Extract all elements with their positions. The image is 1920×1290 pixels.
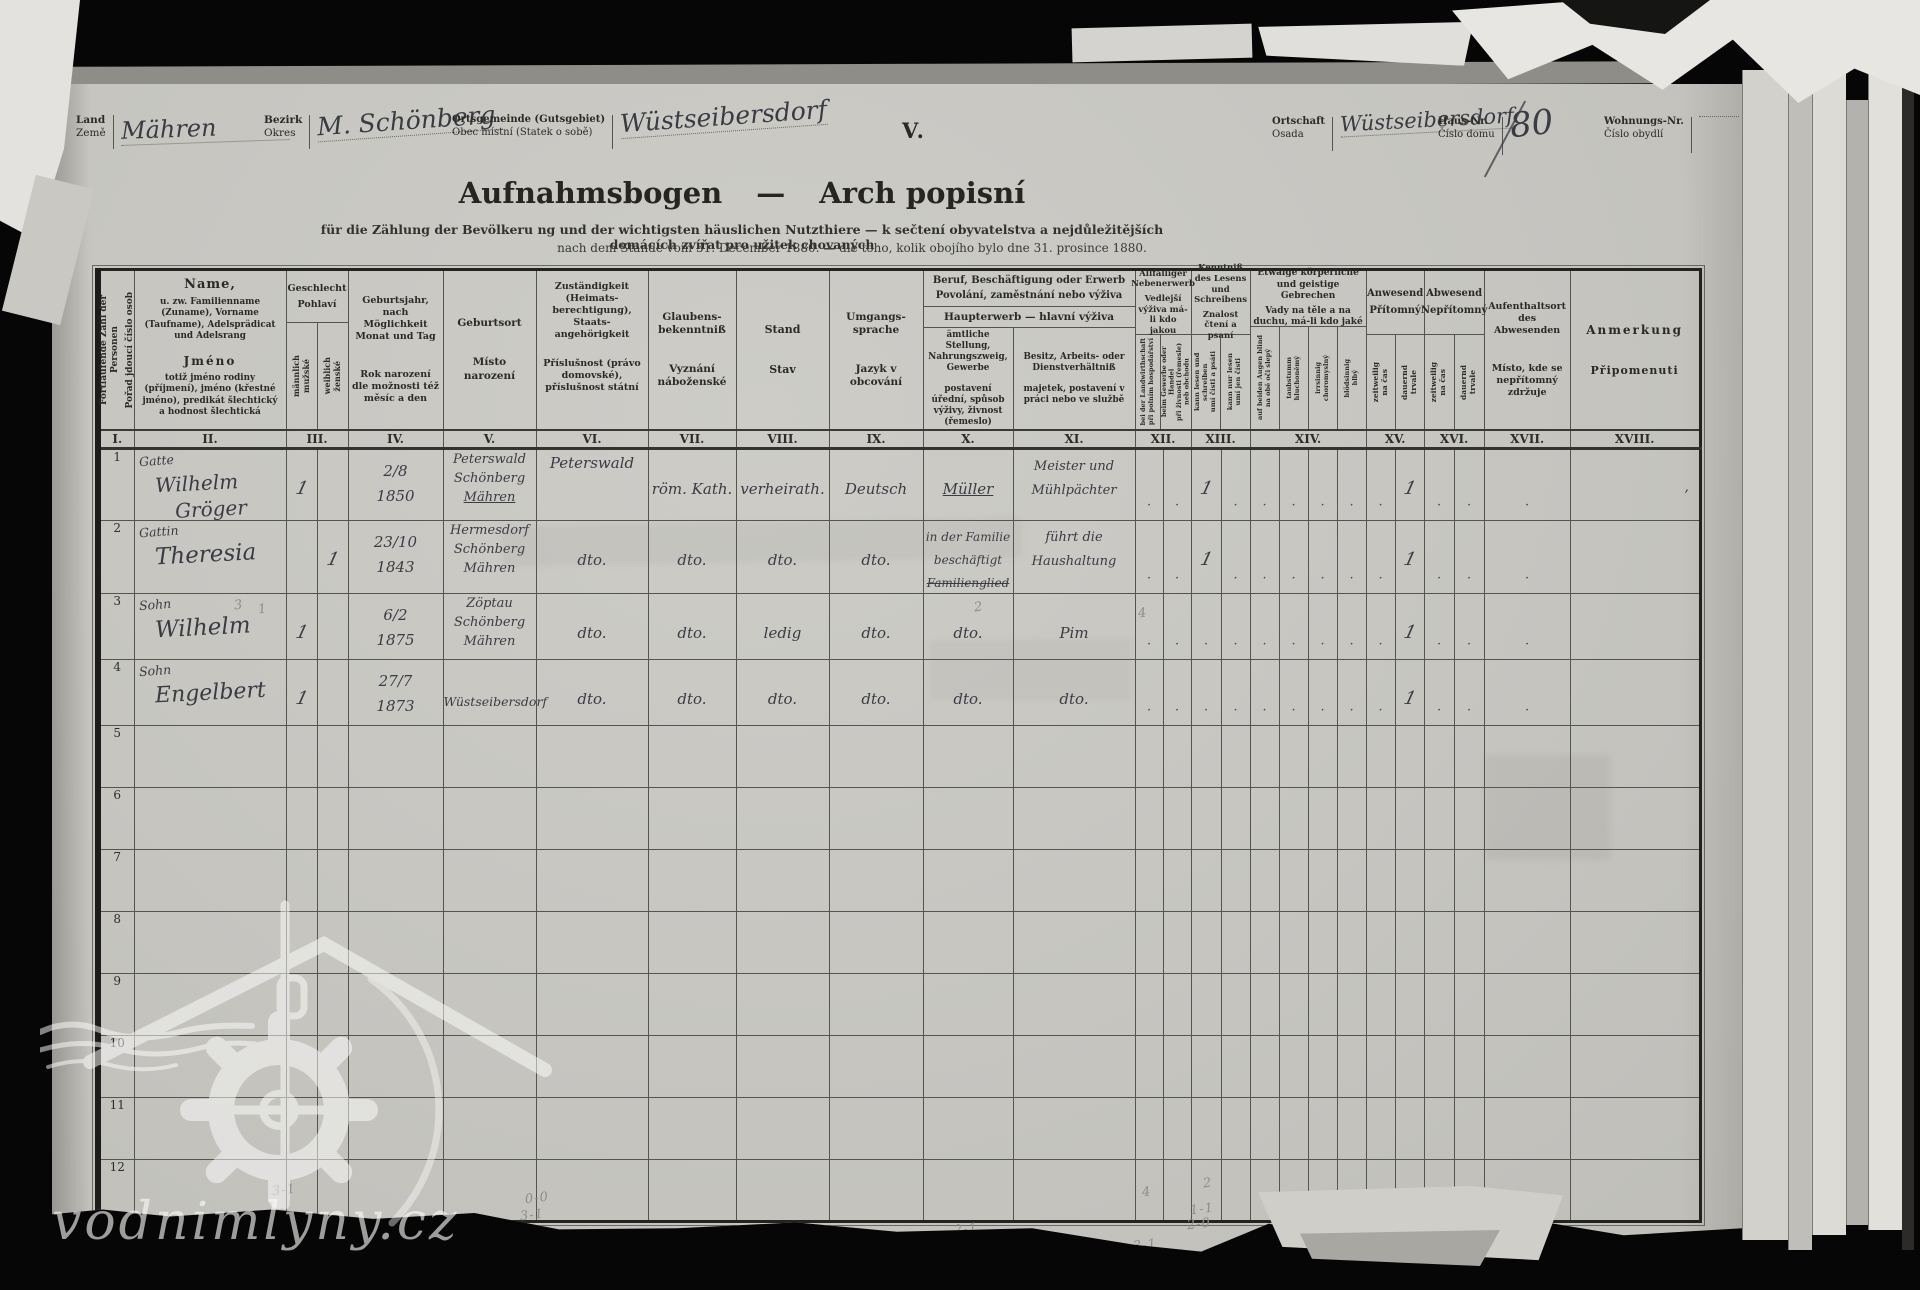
form-subtitle-2: nach dem Stande vom 31. December 1880. —… [472,241,1232,255]
col12-cz: Vedlejší výživa má-li kdo jakou [1138,294,1189,337]
birth-year: 1875 [349,631,443,649]
wohnungsnr-label-de: Wohnungs-Nr. [1604,116,1684,129]
col14-sub1-de: auf beiden Augen blind [1257,335,1264,420]
col14-de: Etwaige körperliche und geistige Gebrech… [1253,268,1364,302]
relation: Sohn [138,596,171,613]
occupation: dto. [924,624,1013,642]
table-row: 4 SohnEngelbert 1 27/71873 Wüstseibersdo… [98,659,1700,725]
col1-de: Fortlaufende Zahl der Personen [99,275,121,425]
col5-cz: Místo narození [447,356,533,382]
divider [1332,117,1333,151]
census-table: Fortlaufende Zahl der PersonenPořad jdou… [95,268,1702,1223]
numeral-row: I. II. III. IV. V. VI. VII. VIII. IX. X.… [98,430,1700,448]
stray-ink-mark: ’ [1684,488,1688,504]
page-edge [1788,90,1812,1250]
numeral-xii: XII. [1135,430,1191,448]
row-number: 3 [98,593,134,659]
pencil-mark: 0-0 [524,1190,550,1208]
birthplace: Schönberg [444,614,536,632]
col-header-aufenthaltsort: Aufenthaltsort des AbwesendenMísto, kde … [1484,270,1570,431]
title-dash: — [756,176,785,210]
col3-sub-male-cz: mužské [302,359,311,393]
numeral-xv: XV. [1366,430,1424,448]
row-number: 5 [98,725,134,787]
divider [309,115,310,149]
birth-day: 6/2 [349,606,443,624]
wohnungsnr-label-cz: Číslo obydlí [1604,129,1684,142]
beruf-group-cz: Povolání, zaměstnání nebo výživa [926,290,1133,303]
birth-day: 27/7 [349,672,443,690]
birthplace: Wüstseibersdorf [444,694,536,709]
torn-paper-scrap [1258,18,1474,66]
col14-sub3-cz: choromyslný [1323,355,1330,401]
position: Mühlpächter [1014,482,1135,501]
row-number: 1 [98,448,134,520]
pencil-mark: 4 [1137,605,1148,621]
col-header-zustaendigkeit: Zuständigkeit (Heimats-berechtigung), St… [536,270,648,431]
wohnungsnr-value [1699,116,1739,117]
col2-de: u. zw. Familienname (Zuname), Vorname (T… [139,297,282,343]
divider [1691,117,1692,153]
field-land: LandZemě Mähren [76,114,289,149]
birthplace: Schönberg [444,470,536,488]
col2-cz-title: Jméno [184,354,237,368]
col16-de: Abwesend [1426,288,1482,301]
birth-day: 23/10 [349,533,443,551]
col9-de: Umgangs-sprache [833,311,920,337]
relation: Sohn [138,662,171,679]
col18-de: Anmerkung [1586,323,1683,338]
numeral-ix: IX. [829,430,923,448]
col14-sub2-cz: hluchoněmý [1294,356,1301,400]
col14-cz: Vady na těle a na duchu, má-li kdo jaké [1253,306,1364,329]
surname: Gröger [174,493,286,523]
zustaendigkeit: dto. [537,690,648,708]
gemeinde-label-de: Ortsgemeinde (Gutsgebiet) [452,114,605,127]
col12-sub1-cz: při polním hospodářství [1148,338,1155,425]
col-header-language: Umgangs-spracheJazyk v obcování [829,270,923,431]
first-name: Wilhelm [154,466,286,497]
ink-bleed-smudge [1485,755,1610,860]
religion: röm. Kath. [649,480,736,498]
relation: Gattin [138,522,178,540]
field-hausnr: Haus-Nr.Číslo domu 80 [1438,116,1553,155]
hausnr-label-de: Haus-Nr. [1438,116,1495,129]
male-tick: 1 [284,478,319,499]
numeral-iv: IV. [348,430,443,448]
bezirk-label-cz: Okres [264,127,302,140]
col16-sub1-cz: na čas [1439,369,1448,396]
page-edge [1902,40,1914,1250]
col2-cz: totiž jméno rodiny (příjmení), jméno (kř… [139,373,282,419]
table-row: 5 [98,725,1700,787]
col-header-birthdate: Geburtsjahr, nach Möglichkeit Monat und … [348,270,443,431]
col8-cz: Stav [769,363,796,377]
field-gemeinde: Ortsgemeinde (Gutsgebiet)Obec místní (St… [452,114,827,149]
col17-de: Aufenthaltsort des Abwesenden [1488,301,1567,337]
table-row: 3 SohnWilhelm 1 6/21875 ZöptauSchönbergM… [98,593,1700,659]
col-header-lesen-schreiben: Kenntniß des Lesens und SchreibensZnalos… [1191,270,1250,431]
birth-year: 1843 [349,558,443,576]
torn-paper-scrap [1072,24,1253,63]
col9-cz: Jazyk v obcování [833,363,920,389]
table-row: 6 [98,787,1700,849]
col-header-religion: Glaubens-bekenntnißVyznání náboženské [648,270,736,431]
numeral-ii: II. [134,430,286,448]
ink-bleed-smudge [930,640,1130,700]
col-header-nebenerwerb: Allfälliger NebenerwerbVedlejší výživa m… [1135,270,1191,431]
numeral-xi: XI. [1013,430,1135,448]
subtitle1-german: für die Zählung der Bevölkeru ng und der… [321,222,861,237]
table-header-row: Fortlaufende Zahl der PersonenPořad jdou… [98,270,1700,431]
col11-cz: majetek, postavení v práci nebo ve služb… [1017,384,1132,406]
col-header-gebrechen: Etwaige körperliche und geistige Gebrech… [1250,270,1366,431]
pencil-mark: 2-0 [951,1237,977,1255]
col-header-beruf-group: Beruf, Beschäftigung oder ErwerbPovolání… [923,270,1135,431]
pencil-mark: 2 [1202,1175,1213,1191]
language: dto. [830,624,923,642]
form-title: Aufnahmsbogen — Arch popisní [412,176,1072,210]
bezirk-label-de: Bezirk [264,114,302,127]
beruf-haupterwerb: Haupterwerb — hlavní výživa [924,307,1135,328]
page-edge [1868,60,1902,1230]
row-number: 8 [98,911,134,973]
birthplace: Zöptau [444,595,536,613]
zustaendigkeit: dto. [537,624,648,642]
numeral-x: X. [923,430,1013,448]
read-write-tick: 1 [1189,478,1223,499]
col11-de: Besitz, Arbeits- oder Dienstverhältniß [1017,352,1132,374]
hausnr-label-cz: Číslo domu [1438,129,1495,142]
col14-sub4-de: blödsinnig [1344,359,1351,398]
col15-sub1-cz: na čas [1381,369,1390,396]
col14-sub3-de: irrsinnig [1315,362,1322,394]
col8-de: Stand [765,323,801,337]
col15-sub2-cz: trvale [1410,370,1419,394]
relation: Gatte [138,451,174,468]
numeral-xiii: XIII. [1191,430,1250,448]
present-tick: 1 [1393,622,1426,643]
position: Meister und [1014,458,1135,477]
col-header-anmerkung: AnmerkungPřipomenuti [1570,270,1700,431]
col3-cz: Pohlaví [297,299,336,311]
col4-de: Geburtsjahr, nach Möglichkeit Monat und … [352,295,440,343]
table-row: 9 [98,973,1700,1035]
row-number: 4 [98,659,134,725]
table-row: 11 [98,1097,1700,1159]
col13-sub2-cz: umí jen čísti [1235,358,1243,405]
land-label-de: Land [76,114,106,127]
subtitle2-dash: — [823,241,835,255]
pencil-mark: 4 [1141,1184,1152,1200]
col14-sub4-cz: blbý [1352,370,1359,385]
zustaendigkeit: Peterswald [537,454,648,472]
present-tick: 1 [1393,688,1426,709]
table-row: 10 [98,1035,1700,1097]
col-header-anwesend: AnwesendPřítomný zeitweiligna čas dauern… [1366,270,1424,431]
present-tick: 1 [1393,549,1426,570]
table-row: 7 [98,849,1700,911]
col12-sub2-de: beim Gewerbe oder Handel [1161,338,1176,426]
name-cell: GattinTheresia [134,520,286,593]
page-edge [1846,100,1868,1225]
birthplace: Mähren [444,489,536,507]
read-write-tick: 1 [1189,549,1223,570]
row-number: 12 [98,1159,134,1221]
gemeinde-label-cz: Obec místní (Statek o sobě) [452,127,605,140]
religion: dto. [649,624,736,642]
col3-de: Geschlecht [288,283,347,295]
col3-sub-female-cz: ženské [333,361,342,392]
col18-cz: Připomenuti [1591,364,1679,378]
stand: verheirath. [737,480,829,498]
pencil-mark: 3-1 [519,1207,545,1225]
birth-day: 2/8 [349,462,443,480]
numeral-vi: VI. [536,430,648,448]
col13-de: Kenntniß des Lesens und Schreibens [1194,263,1248,306]
row-number: 2 [98,520,134,593]
col-header-name: Name, u. zw. Familienname (Zuname), Vorn… [134,270,286,431]
pencil-mark: 3-1 [271,1182,297,1200]
name-cell: GatteWilhelmGröger [134,448,286,520]
col14-sub1-cz: na obě oči slepý [1265,349,1272,407]
occupation: Müller [924,480,1013,498]
col13-sub1-de: kann lesen und schreiben [1194,338,1210,426]
subtitle1-dash: — [865,222,878,237]
col-header-number: Fortlaufende Zahl der PersonenPořad jdou… [98,270,134,431]
row-number: 6 [98,787,134,849]
numeral-xiv: XIV. [1250,430,1366,448]
female-tick: 1 [315,549,350,570]
title-czech: Arch popisní [819,176,1025,210]
male-tick: 1 [284,622,319,643]
religion: dto. [649,690,736,708]
divider [113,115,114,149]
birth-year: 1873 [349,697,443,715]
birth-year: 1850 [349,487,443,505]
name-cell: SohnEngelbert [134,659,286,725]
col-header-stand: StandStav [736,270,829,431]
pencil-mark: 2-1 [953,1221,979,1239]
col6-cz: Příslušnost (právo domovské), příslušnos… [540,358,645,394]
position: Pim [1014,624,1135,642]
col3-sub-male-de: männlich [292,355,301,397]
birthplace: Peterswald [444,451,536,469]
numeral-i: I. [98,430,134,448]
form-number: V. [902,118,926,143]
stand: ledig [737,624,829,642]
divider [1502,117,1503,155]
title-german: Aufnahmsbogen [459,176,722,210]
birthplace: Mähren [444,633,536,651]
table-row: 1 GatteWilhelmGröger 1 2/81850 Peterswal… [98,448,1700,520]
hausnr-value: 80 [1508,102,1555,146]
numeral-vii: VII. [648,430,736,448]
subtitle2-czech: dle toho, kolik obojího bylo dne 31. pro… [839,241,1147,255]
row-number: 7 [98,849,134,911]
col12-sub2-cz: při živnosti (řemesle) neb obchodu [1176,338,1191,426]
pencil-mark: 1 [257,601,268,617]
col10-de: ämtliche Stellung, Nahrungszweig, Gewerb… [927,330,1010,374]
language: Deutsch [830,480,923,498]
pencil-mark: 2 [973,599,984,615]
col15-cz: Přítomný [1369,305,1421,318]
page-edge [1742,70,1788,1240]
table-row: 8 [98,911,1700,973]
numeral-viii: VIII. [736,430,829,448]
col5-de: Geburtsort [457,317,521,330]
col-header-abwesend: AbwesendNepřítomný zeitweiligna čas daue… [1424,270,1484,431]
ortschaft-label-cz: Osada [1272,129,1325,142]
col4-cz: Rok narození dle možnosti též měsíc a de… [352,369,440,405]
numeral-xvi: XVI. [1424,430,1484,448]
col12-de: Allfälliger Nebenerwerb [1131,269,1195,290]
col-header-sex: GeschlechtPohlaví männlichmužské weiblic… [286,270,348,431]
row-number: 10 [98,1035,134,1097]
ortschaft-label-de: Ortschaft [1272,116,1325,129]
col6-de: Zuständigkeit (Heimats-berechtigung), St… [540,281,645,340]
position: führt die [1014,529,1135,548]
land-label-cz: Země [76,127,106,140]
pencil-mark: 3 [233,597,244,613]
underlying-sheet [1300,1230,1500,1266]
position: Haushaltung [1014,553,1135,572]
census-form-sheet: LandZemě Mähren BezirkOkres M. Schönberg… [52,84,1742,1254]
col17-cz: Místo, kde se nepřítomný zdržuje [1488,363,1567,399]
divider [612,115,613,149]
occupation-struck: Familienglied [924,575,1013,592]
male-tick: 1 [284,688,319,709]
stand: dto. [737,690,829,708]
col16-sub2-cz: trvale [1469,370,1478,394]
col-header-birthplace: GeburtsortMísto narození [443,270,536,431]
pencil-mark: 2-0 [1186,1216,1212,1234]
present-tick: 1 [1393,478,1426,499]
row-number: 9 [98,973,134,1035]
subtitle2-german: nach dem Stande vom 31. December 1880. [557,241,819,255]
col3-sub-female-de: weiblich [323,357,332,394]
row-number: 11 [98,1097,134,1159]
field-wohnungsnr: Wohnungs-Nr.Číslo obydlí [1604,116,1739,153]
beruf-group-de: Beruf, Beschäftigung oder Erwerb [926,275,1133,288]
col12-sub1-de: bei der Landwirthschaft [1140,338,1147,425]
col15-de: Anwesend [1367,288,1423,301]
numeral-xvii: XVII. [1484,430,1570,448]
col2-de-title: Name, [184,277,236,292]
col10-cz: postavení úřední, spůsob výživy, živnost… [927,384,1010,428]
numeral-v: V. [443,430,536,448]
numeral-xviii: XVIII. [1570,430,1700,448]
col16-cz: Nepřítomný [1421,305,1488,318]
col7-de: Glaubens-bekenntniß [652,311,733,337]
col13-sub1-cz: umí čísti a psáti [1210,351,1218,412]
first-name: Theresia [154,537,286,570]
language: dto. [830,690,923,708]
scanned-census-photo: LandZemě Mähren BezirkOkres M. Schönberg… [0,0,1920,1290]
first-name: Engelbert [154,676,286,708]
numeral-iii: III. [286,430,348,448]
page-edge [1812,55,1846,1235]
gemeinde-value: Wüstseibersdorf [619,95,828,139]
col7-cz: Vyznání náboženské [652,363,733,389]
col14-sub2-de: taubstumm [1286,357,1293,399]
pencil-mark: 3-1 [1132,1237,1158,1255]
